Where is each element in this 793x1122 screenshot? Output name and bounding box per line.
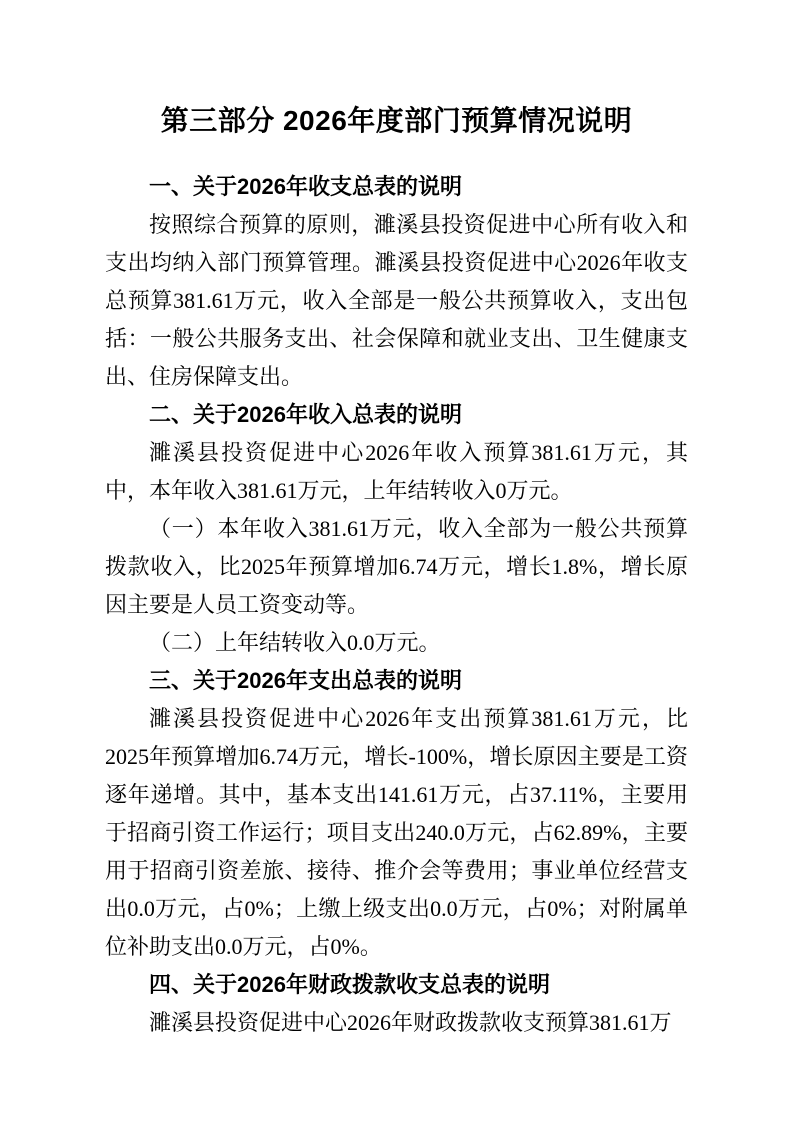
document-title: 第三部分 2026年度部门预算情况说明 [105, 100, 688, 142]
paragraph: （一）本年收入381.61万元，收入全部为一般公共预算拨款收入，比2025年预算… [105, 510, 688, 624]
section-fiscal-appropriation-summary: 四、关于2026年财政拨款收支总表的说明 濉溪县投资促进中心2026年财政拨款收… [105, 966, 688, 1042]
section-4-heading: 四、关于2026年财政拨款收支总表的说明 [105, 966, 688, 1004]
section-expense-summary: 三、关于2026年支出总表的说明 濉溪县投资促进中心2026年支出预算381.6… [105, 662, 688, 966]
document-page: 第三部分 2026年度部门预算情况说明 一、关于2026年收支总表的说明 按照综… [0, 0, 793, 1122]
paragraph: （二）上年结转收入0.0万元。 [105, 624, 688, 662]
paragraph: 濉溪县投资促进中心2026年收入预算381.61万元，其中，本年收入381.61… [105, 434, 688, 510]
section-2-heading: 二、关于2026年收入总表的说明 [105, 396, 688, 434]
paragraph: 濉溪县投资促进中心2026年财政拨款收支预算381.61万 [105, 1004, 688, 1042]
section-1-heading: 一、关于2026年收支总表的说明 [105, 168, 688, 206]
section-3-heading: 三、关于2026年支出总表的说明 [105, 662, 688, 700]
section-income-expense-summary: 一、关于2026年收支总表的说明 按照综合预算的原则，濉溪县投资促进中心所有收入… [105, 168, 688, 396]
section-income-summary: 二、关于2026年收入总表的说明 濉溪县投资促进中心2026年收入预算381.6… [105, 396, 688, 662]
paragraph: 濉溪县投资促进中心2026年支出预算381.61万元，比2025年预算增加6.7… [105, 700, 688, 966]
paragraph: 按照综合预算的原则，濉溪县投资促进中心所有收入和支出均纳入部门预算管理。濉溪县投… [105, 206, 688, 396]
